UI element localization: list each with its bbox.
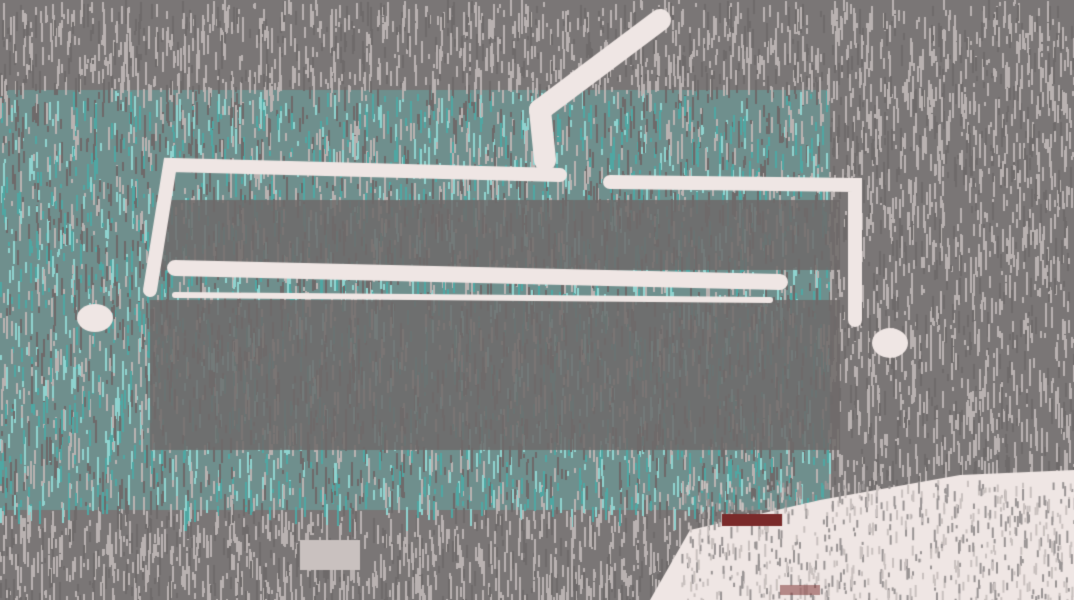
- glitch-photo: Posterized glitch-style photograph of a …: [0, 0, 1074, 600]
- photo-canvas: [0, 0, 1074, 600]
